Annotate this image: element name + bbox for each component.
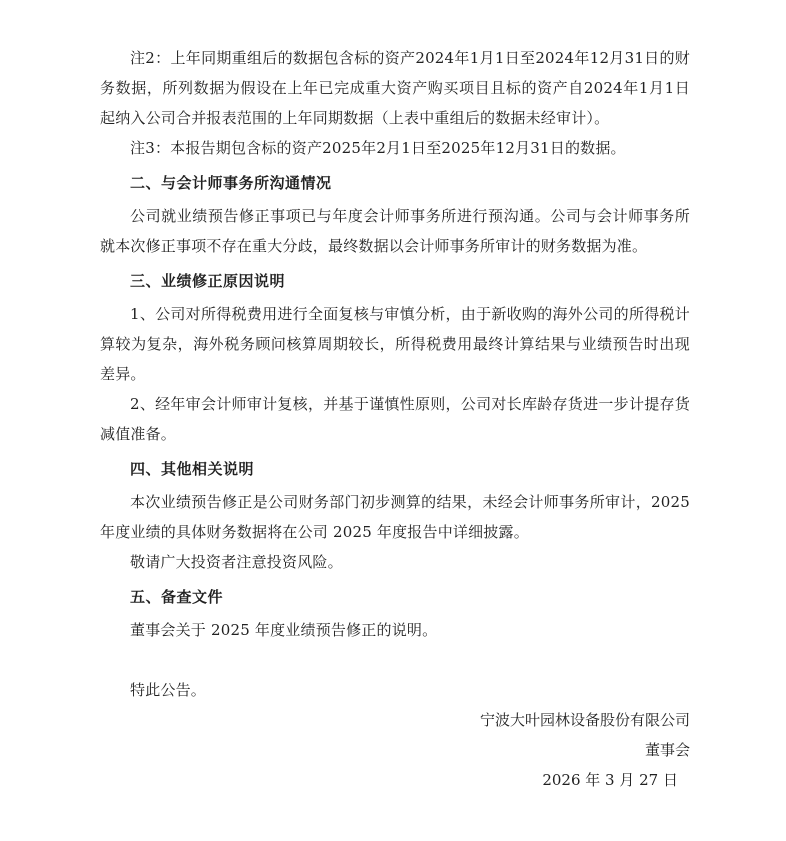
closing-statement: 特此公告。 [100,675,690,705]
signature-board: 董事会 [100,735,690,765]
section-2-heading: 二、与会计师事务所沟通情况 [100,168,690,198]
blank-line [100,645,690,675]
section-4-paragraph-1: 本次业绩预告修正是公司财务部门初步测算的结果，未经会计师事务所审计，2025 年… [100,487,690,547]
section-5-paragraph: 董事会关于 2025 年度业绩预告修正的说明。 [100,615,690,645]
section-3-item-1: 1、公司对所得税费用进行全面复核与审慎分析，由于新收购的海外公司的所得税计算较为… [100,299,690,389]
section-4-heading: 四、其他相关说明 [100,454,690,484]
section-2-paragraph: 公司就业绩预告修正事项已与年度会计师事务所进行预沟通。公司与会计师事务所就本次修… [100,201,690,261]
signature-company: 宁波大叶园林设备股份有限公司 [100,705,690,735]
note-2: 注2：上年同期重组后的数据包含标的资产2024年1月1日至2024年12月31日… [100,43,690,133]
document-page: 注2：上年同期重组后的数据包含标的资产2024年1月1日至2024年12月31日… [0,0,786,841]
section-3-heading: 三、业绩修正原因说明 [100,266,690,296]
section-3-item-2: 2、经年审会计师审计复核，并基于谨慎性原则，公司对长库龄存货进一步计提存货减值准… [100,389,690,449]
section-5-heading: 五、备查文件 [100,582,690,612]
signature-date: 2026 年 3 月 27 日 [100,765,690,795]
section-4-paragraph-2: 敬请广大投资者注意投资风险。 [100,547,690,577]
note-3: 注3：本报告期包含标的资产2025年2月1日至2025年12月31日的数据。 [100,133,690,163]
